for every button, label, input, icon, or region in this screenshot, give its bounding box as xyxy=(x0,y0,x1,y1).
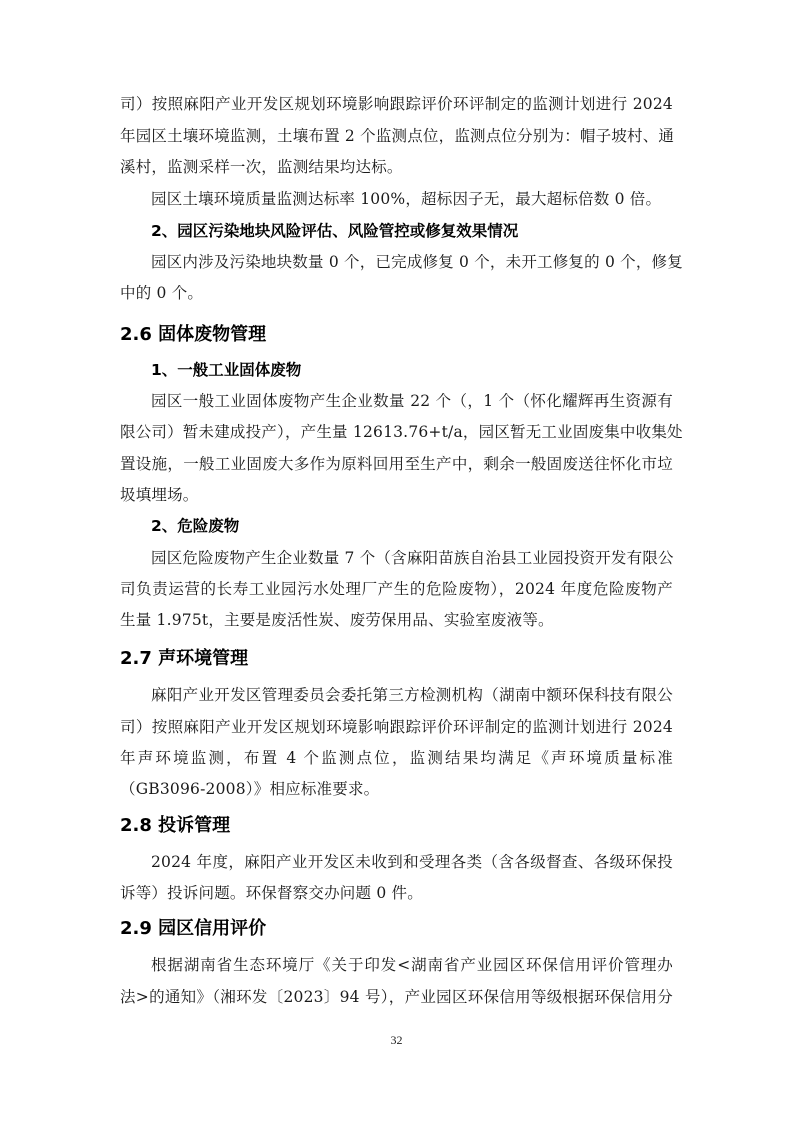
section-title-2-7: 2.7 声环境管理 xyxy=(120,648,248,670)
paragraph-line: 司）按照麻阳产业开发区规划环境影响跟踪评价环评制定的监测计划进行 2024 xyxy=(120,94,673,114)
section-title-2-6: 2.6 固体废物管理 xyxy=(120,324,266,346)
paragraph-line: 年园区土壤环境监测，土壤布置 2 个监测点位，监测点位分别为：帽子坡村、通 xyxy=(120,126,673,146)
paragraph-line: 中的 0 个。 xyxy=(120,283,673,303)
section-title-2-8: 2.8 投诉管理 xyxy=(120,815,230,837)
paragraph-line: （GB3096-2008）》相应标准要求。 xyxy=(120,779,673,799)
section-title-2-9: 2.9 园区信用评价 xyxy=(120,918,266,940)
paragraph-line: 法>的通知》（湘环发〔2023〕94 号），产业园区环保信用等级根据环保信用分 xyxy=(120,987,673,1007)
subsection-heading: 2、危险废物 xyxy=(151,516,239,536)
paragraph-line: 圾填埋场。 xyxy=(120,485,673,505)
paragraph-line: 园区土壤环境质量监测达标率 100%，超标因子无，最大超标倍数 0 倍。 xyxy=(151,189,673,209)
paragraph-line: 园区内涉及污染地块数量 0 个，已完成修复 0 个，未开工修复的 0 个，修复 xyxy=(151,252,673,272)
paragraph-line: 年声环境监测，布置 4 个监测点位，监测结果均满足《声环境质量标准 xyxy=(120,748,673,768)
paragraph-line: 限公司）暂未建成投产），产生量 12613.76+t/a，园区暂无工业固废集中收… xyxy=(120,422,673,442)
page-number: 32 xyxy=(0,1033,793,1048)
subsection-heading: 1、一般工业固体废物 xyxy=(151,360,301,380)
paragraph-line: 园区一般工业固体废物产生企业数量 22 个（，1 个（怀化耀辉再生资源有 xyxy=(151,391,673,411)
paragraph-line: 生量 1.975t，主要是废活性炭、废劳保用品、实验室废液等。 xyxy=(120,610,673,630)
paragraph-line: 置设施，一般工业固废大多作为原料回用至生产中，剩余一般固废送往怀化市垃 xyxy=(120,454,673,474)
subsection-heading: 2、园区污染地块风险评估、风险管控或修复效果情况 xyxy=(151,221,518,241)
paragraph-line: 麻阳产业开发区管理委员会委托第三方检测机构（湖南中额环保科技有限公 xyxy=(151,685,673,705)
paragraph-line: 司）按照麻阳产业开发区规划环境影响跟踪评价环评制定的监测计划进行 2024 xyxy=(120,717,673,737)
paragraph-line: 根据湖南省生态环境厅《关于印发<湖南省产业园区环保信用评价管理办 xyxy=(151,955,673,975)
paragraph-line: 溪村，监测采样一次，监测结果均达标。 xyxy=(120,157,673,177)
paragraph-line: 2024 年度，麻阳产业开发区未收到和受理各类（含各级督查、各级环保投 xyxy=(151,852,673,872)
paragraph-line: 诉等）投诉问题。环保督察交办问题 0 件。 xyxy=(120,883,673,903)
paragraph-line: 园区危险废物产生企业数量 7 个（含麻阳苗族自治县工业园投资开发有限公 xyxy=(151,548,673,568)
paragraph-line: 司负责运营的长寿工业园污水处理厂产生的危险废物），2024 年度危险废物产 xyxy=(120,579,673,599)
document-page: 司）按照麻阳产业开发区规划环境影响跟踪评价环评制定的监测计划进行 2024 年园… xyxy=(0,0,793,1122)
